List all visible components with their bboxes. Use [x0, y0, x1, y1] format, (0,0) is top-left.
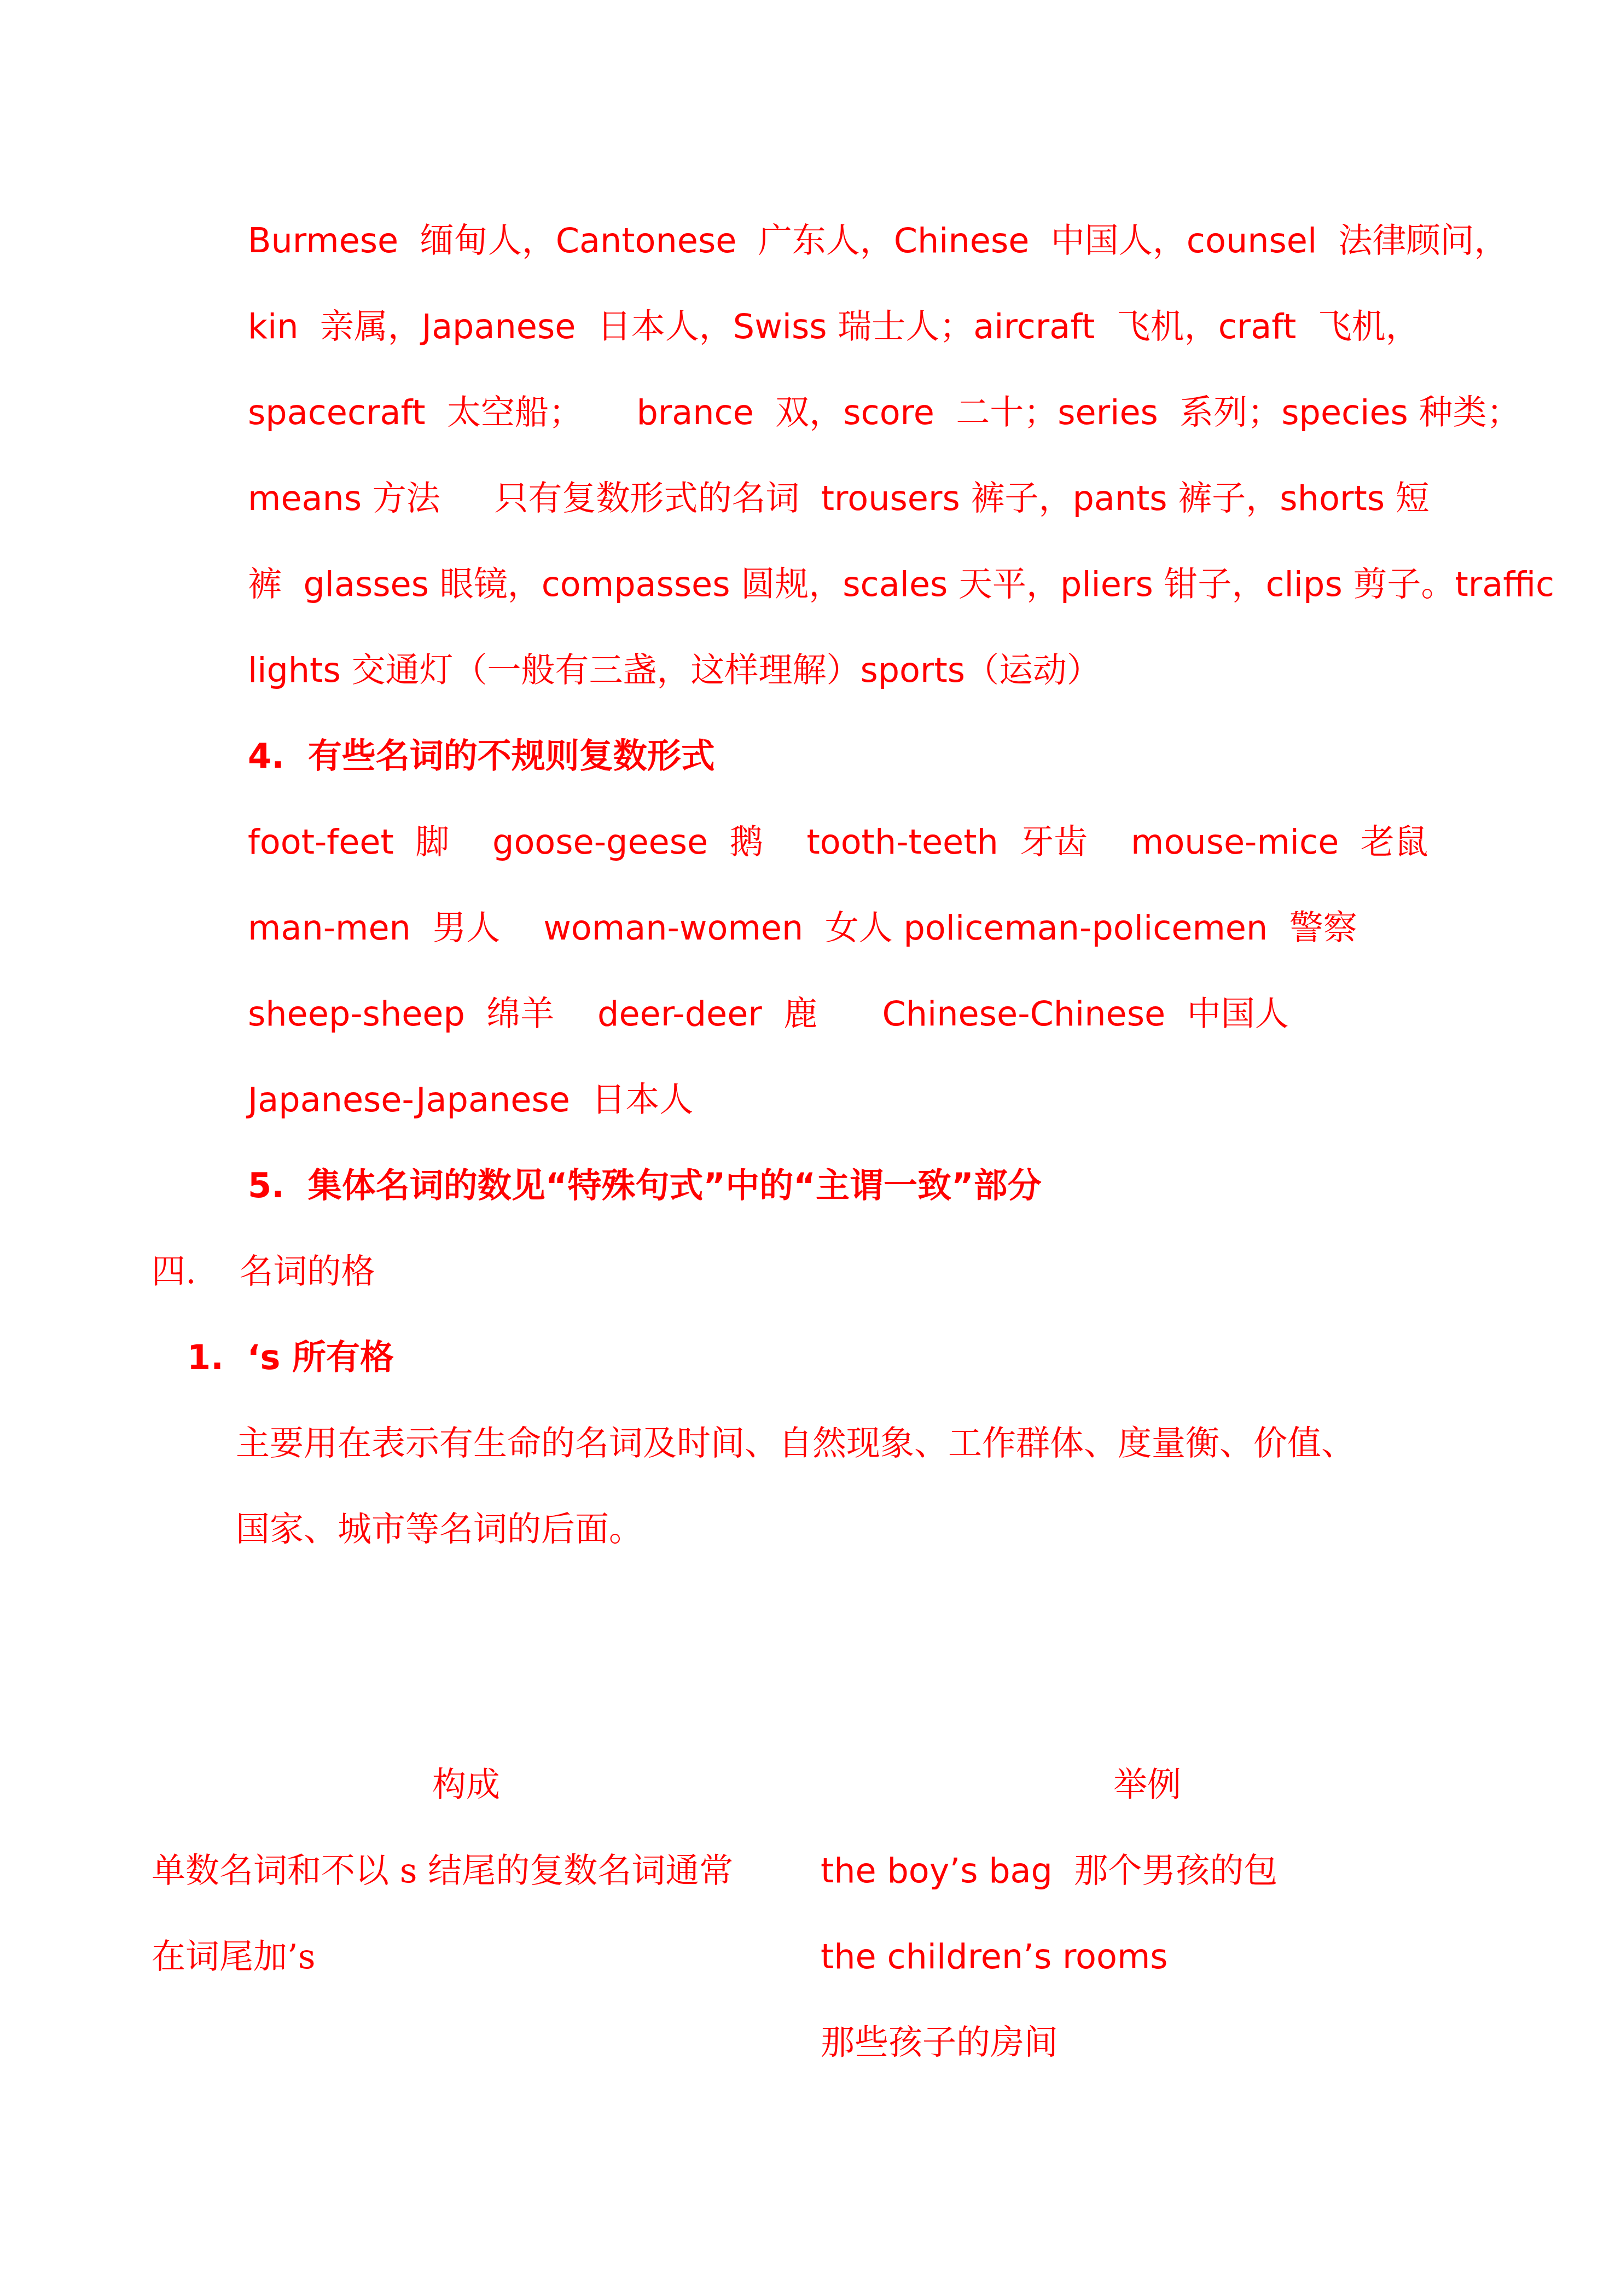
- list-line: Japanese-Japanese 日本人: [248, 1078, 693, 1122]
- paragraph-line: 裤 glasses 眼镜，compasses 圆规，scales 天平，plie…: [248, 563, 1554, 606]
- table-cell-formation: 在词尾加’s: [152, 1935, 316, 1979]
- paragraph-line: kin 亲属，Japanese 日本人，Swiss 瑞士人；aircraft 飞…: [248, 305, 1420, 349]
- chapter-heading: 四. 名词的格: [152, 1250, 375, 1294]
- paragraph-line: Burmese 缅甸人，Cantonese 广东人，Chinese 中国人，co…: [248, 219, 1508, 263]
- list-line: sheep-sheep 绵羊 deer-deer 鹿 Chinese-Chine…: [248, 992, 1289, 1036]
- table-cell-example: the children’s rooms: [821, 1935, 1168, 1979]
- section-heading: 4. 有些名词的不规则复数形式: [248, 734, 715, 778]
- table-header-examples: 举例: [1113, 1763, 1181, 1807]
- table-cell-example: 那些孩子的房间: [821, 2021, 1058, 2065]
- table-cell-example: the boy’s bag 那个男孩的包: [821, 1849, 1277, 1893]
- paragraph-line: means 方法 只有复数形式的名词 trousers 裤子，pants 裤子，…: [248, 477, 1430, 520]
- paragraph-line: lights 交通灯（一般有三盏，这样理解）sports（运动）: [248, 648, 1101, 692]
- section-heading: 5. 集体名词的数见“特殊句式”中的“主谓一致”部分: [248, 1164, 1042, 1208]
- paragraph-line: spacecraft 太空船； brance 双，score 二十；series…: [248, 391, 1521, 434]
- subsection-heading: 1. ‘s 所有格: [187, 1336, 394, 1379]
- list-line: man-men 男人 woman-women 女人 policeman-poli…: [248, 906, 1357, 950]
- table-cell-formation: 单数名词和不以 s 结尾的复数名词通常: [152, 1849, 733, 1893]
- body-line: 主要用在表示有生命的名词及时间、自然现象、工作群体、度量衡、价值、: [236, 1422, 1355, 1465]
- table-header-formation: 构成: [432, 1763, 500, 1807]
- body-line: 国家、城市等名词的后面。: [236, 1508, 643, 1551]
- list-line: foot-feet 脚 goose-geese 鹅 tooth-teeth 牙齿…: [248, 820, 1428, 864]
